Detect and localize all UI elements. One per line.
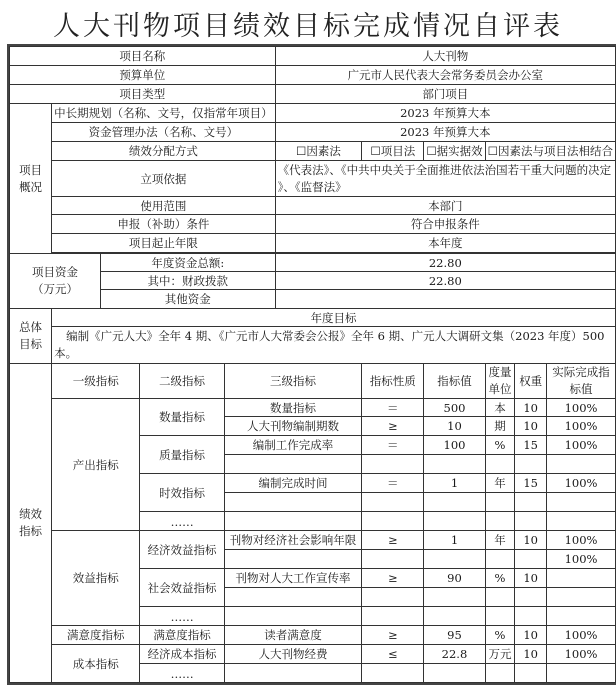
checkbox-combined-method[interactable]: ☐因素法与项目法相结合 — [485, 142, 615, 161]
header-weight: 权重 — [515, 364, 547, 399]
overview-label: 使用范围 — [52, 197, 276, 215]
overview-value: 《代表法》、《中共中央关于全面推进依法治国若干重大问题的决定 》、《监督法》 — [275, 161, 615, 197]
unit — [485, 493, 515, 512]
unit — [485, 550, 515, 569]
nature — [362, 512, 424, 531]
indicator-row: 效益指标 经济效益指标 刊物对经济社会影响年限 ≥ 1 年 10 100% — [10, 531, 616, 550]
level2-satisfaction: 满意度指标 — [140, 626, 224, 645]
fund-value: 22.80 — [275, 272, 615, 290]
header-nature: 指标性质 — [362, 364, 424, 399]
indicator-row: 成本指标 经济成本指标 人大刊物经费 ≤ 22.8 万元 10 100% — [10, 645, 616, 664]
unit — [485, 512, 515, 531]
target-value: 95 — [424, 626, 485, 645]
row-fund-fiscal: 其中：财政拨款 22.80 — [10, 272, 616, 290]
unit — [485, 664, 515, 683]
header-level3: 三级指标 — [224, 364, 362, 399]
overview-section-label: 项目概况 — [10, 104, 52, 254]
level3: 编制完成时间 — [224, 474, 362, 493]
target-value — [424, 493, 485, 512]
overview-value: 本部门 — [275, 197, 615, 215]
budget-unit-value: 广元市人民代表大会常务委员会办公室 — [275, 66, 615, 85]
target-value — [424, 550, 485, 569]
target-value: 1 — [424, 474, 485, 493]
level3 — [224, 607, 362, 626]
level3: 刊物对经济社会影响年限 — [224, 531, 362, 550]
overview-value: 2023 年预算大本 — [275, 123, 615, 142]
actual-value — [547, 512, 616, 531]
goal-text: 编制《广元人大》全年 4 期、《广元市人大常委会公报》全年 6 期、广元人大调研… — [52, 327, 616, 364]
project-type-label: 项目类型 — [10, 85, 276, 104]
checkbox-factor-method[interactable]: ☐因素法 — [275, 142, 362, 161]
level3: 数量指标 — [224, 399, 362, 417]
nature: ≤ — [362, 645, 424, 664]
target-value — [424, 664, 485, 683]
checkbox-project-method[interactable]: ☐项目法 — [362, 142, 424, 161]
target-value — [424, 607, 485, 626]
header-level1: 一级指标 — [52, 364, 140, 399]
target-value — [424, 588, 485, 607]
overview-value: 本年度 — [275, 234, 615, 253]
weight — [515, 512, 547, 531]
row-scope: 使用范围 本部门 — [10, 197, 616, 215]
level2-quantity: 数量指标 — [140, 399, 224, 436]
fund-value: 22.80 — [275, 254, 615, 272]
row-goal-text: 编制《广元人大》全年 4 期、《广元市人大常委会公报》全年 6 期、广元人大调研… — [10, 327, 616, 364]
weight — [515, 550, 547, 569]
row-fund-management: 资金管理办法（名称、文号） 2023 年预算大本 — [10, 123, 616, 142]
overview-label: 资金管理办法（名称、文号） — [52, 123, 276, 142]
overview-label: 中长期规划（名称、文号，仅指常年项目） — [52, 104, 276, 123]
weight: 10 — [515, 645, 547, 664]
project-type-value: 部门项目 — [275, 85, 615, 104]
weight: 10 — [515, 399, 547, 417]
header-actual: 实际完成指标值 — [547, 364, 616, 399]
overview-value: 符合申报条件 — [275, 215, 615, 234]
nature: ≥ — [362, 417, 424, 436]
overview-label: 申报（补助）条件 — [52, 215, 276, 234]
actual-value: 100% — [547, 399, 616, 417]
actual-value: 100% — [547, 645, 616, 664]
weight — [515, 455, 547, 474]
row-period: 项目起止年限 本年度 — [10, 234, 616, 253]
page-title: 人大刊物项目绩效目标完成情况自评表 — [0, 4, 616, 43]
actual-value — [547, 607, 616, 626]
row-project-type: 项目类型 部门项目 — [10, 85, 616, 104]
level3: 人大刊物编制期数 — [224, 417, 362, 436]
weight: 15 — [515, 436, 547, 455]
level2-timeliness: 时效指标 — [140, 474, 224, 512]
level3: 编制工作完成率 — [224, 436, 362, 455]
indicator-row: 产出指标 数量指标 数量指标 ＝ 500 本 10 100% — [10, 399, 616, 417]
target-value: 100 — [424, 436, 485, 455]
target-value: 500 — [424, 399, 485, 417]
goal-header: 年度目标 — [52, 309, 616, 327]
indicators-section-label: 绩效指标 — [10, 364, 52, 683]
nature: ≥ — [362, 531, 424, 550]
header-level2: 二级指标 — [140, 364, 224, 399]
level2-economic-benefit: 经济效益指标 — [140, 531, 224, 569]
nature: ＝ — [362, 474, 424, 493]
weight: 10 — [515, 417, 547, 436]
unit: 期 — [485, 417, 515, 436]
unit — [485, 455, 515, 474]
checkbox-actual-effect[interactable]: ☐据实据效 — [424, 142, 485, 161]
weight: 10 — [515, 626, 547, 645]
level1-output: 产出指标 — [52, 399, 140, 531]
target-value: 22.8 — [424, 645, 485, 664]
actual-value: 100% — [547, 550, 616, 569]
target-value — [424, 512, 485, 531]
fund-label: 其中：财政拨款 — [100, 272, 275, 290]
actual-value — [547, 455, 616, 474]
weight — [515, 607, 547, 626]
level3 — [224, 588, 362, 607]
indicator-header-row: 绩效指标 一级指标 二级指标 三级指标 指标性质 指标值 度量单位 权重 实际完… — [10, 364, 616, 399]
level2-ellipsis: …… — [140, 512, 224, 531]
row-budget-unit: 预算单位 广元市人民代表大会常务委员会办公室 — [10, 66, 616, 85]
level2-ellipsis: …… — [140, 607, 224, 626]
weight: 10 — [515, 569, 547, 588]
fund-label: 其他资金 — [100, 290, 275, 309]
budget-unit-label: 预算单位 — [10, 66, 276, 85]
actual-value: 100% — [547, 626, 616, 645]
unit: 年 — [485, 531, 515, 550]
unit: % — [485, 436, 515, 455]
level3: 人大刊物经费 — [224, 645, 362, 664]
unit: 万元 — [485, 645, 515, 664]
level3: 读者满意度 — [224, 626, 362, 645]
actual-value — [547, 664, 616, 683]
overview-label: 立项依据 — [52, 161, 276, 197]
nature: ≥ — [362, 569, 424, 588]
level3 — [224, 493, 362, 512]
level3 — [224, 550, 362, 569]
actual-value — [547, 588, 616, 607]
level3 — [224, 664, 362, 683]
self-evaluation-table: 项目名称 人大刊物 预算单位 广元市人民代表大会常务委员会办公室 项目类型 部门… — [9, 46, 616, 683]
weight — [515, 588, 547, 607]
fund-value — [275, 290, 615, 309]
nature: ≥ — [362, 626, 424, 645]
level3 — [224, 455, 362, 474]
level2-quality: 质量指标 — [140, 436, 224, 474]
header-value: 指标值 — [424, 364, 485, 399]
actual-value: 100% — [547, 531, 616, 550]
weight — [515, 664, 547, 683]
fund-label: 年度资金总额: — [100, 254, 275, 272]
indicator-row: 满意度指标 满意度指标 读者满意度 ≥ 95 % 10 100% — [10, 626, 616, 645]
row-goal-header: 总体目标 年度目标 — [10, 309, 616, 327]
header-unit: 度量单位 — [485, 364, 515, 399]
actual-value: 100% — [547, 417, 616, 436]
row-allocation-method: 绩效分配方式 ☐因素法 ☐项目法 ☐据实据效 ☐因素法与项目法相结合 — [10, 142, 616, 161]
target-value: 90 — [424, 569, 485, 588]
project-name-label: 项目名称 — [10, 47, 276, 66]
actual-value: 100% — [547, 436, 616, 455]
row-conditions: 申报（补助）条件 符合申报条件 — [10, 215, 616, 234]
actual-value: 100% — [547, 474, 616, 493]
unit: % — [485, 569, 515, 588]
level2-ellipsis: …… — [140, 664, 224, 683]
row-basis: 立项依据 《代表法》、《中共中央关于全面推进依法治国若干重大问题的决定 》、《监… — [10, 161, 616, 197]
level1-cost: 成本指标 — [52, 645, 140, 683]
weight: 10 — [515, 531, 547, 550]
weight: 15 — [515, 474, 547, 493]
level2-economic-cost: 经济成本指标 — [140, 645, 224, 664]
nature — [362, 588, 424, 607]
nature — [362, 493, 424, 512]
target-value: 10 — [424, 417, 485, 436]
row-mid-long-plan: 项目概况 中长期规划（名称、文号，仅指常年项目） 2023 年预算大本 — [10, 104, 616, 123]
goal-section-label: 总体目标 — [10, 309, 52, 364]
target-value — [424, 455, 485, 474]
level1-benefit: 效益指标 — [52, 531, 140, 626]
level3: 刊物对人大工作宣传率 — [224, 569, 362, 588]
project-name-value: 人大刊物 — [275, 47, 615, 66]
overview-label: 绩效分配方式 — [52, 142, 276, 161]
row-fund-other: 其他资金 — [10, 290, 616, 309]
unit: % — [485, 626, 515, 645]
unit — [485, 607, 515, 626]
funds-section-label: 项目资金（万元） — [10, 254, 101, 309]
unit: 本 — [485, 399, 515, 417]
level3 — [224, 512, 362, 531]
weight — [515, 493, 547, 512]
nature: ＝ — [362, 436, 424, 455]
nature — [362, 550, 424, 569]
actual-value — [547, 493, 616, 512]
nature — [362, 455, 424, 474]
target-value: 1 — [424, 531, 485, 550]
row-fund-total: 项目资金（万元） 年度资金总额: 22.80 — [10, 254, 616, 272]
actual-value — [547, 569, 616, 588]
unit — [485, 588, 515, 607]
level2-social-benefit: 社会效益指标 — [140, 569, 224, 607]
level1-satisfaction: 满意度指标 — [52, 626, 140, 645]
unit: 年 — [485, 474, 515, 493]
overview-label: 项目起止年限 — [52, 234, 276, 253]
nature — [362, 607, 424, 626]
nature: ＝ — [362, 399, 424, 417]
nature — [362, 664, 424, 683]
overview-value: 2023 年预算大本 — [275, 104, 615, 123]
row-project-name: 项目名称 人大刊物 — [10, 47, 616, 66]
